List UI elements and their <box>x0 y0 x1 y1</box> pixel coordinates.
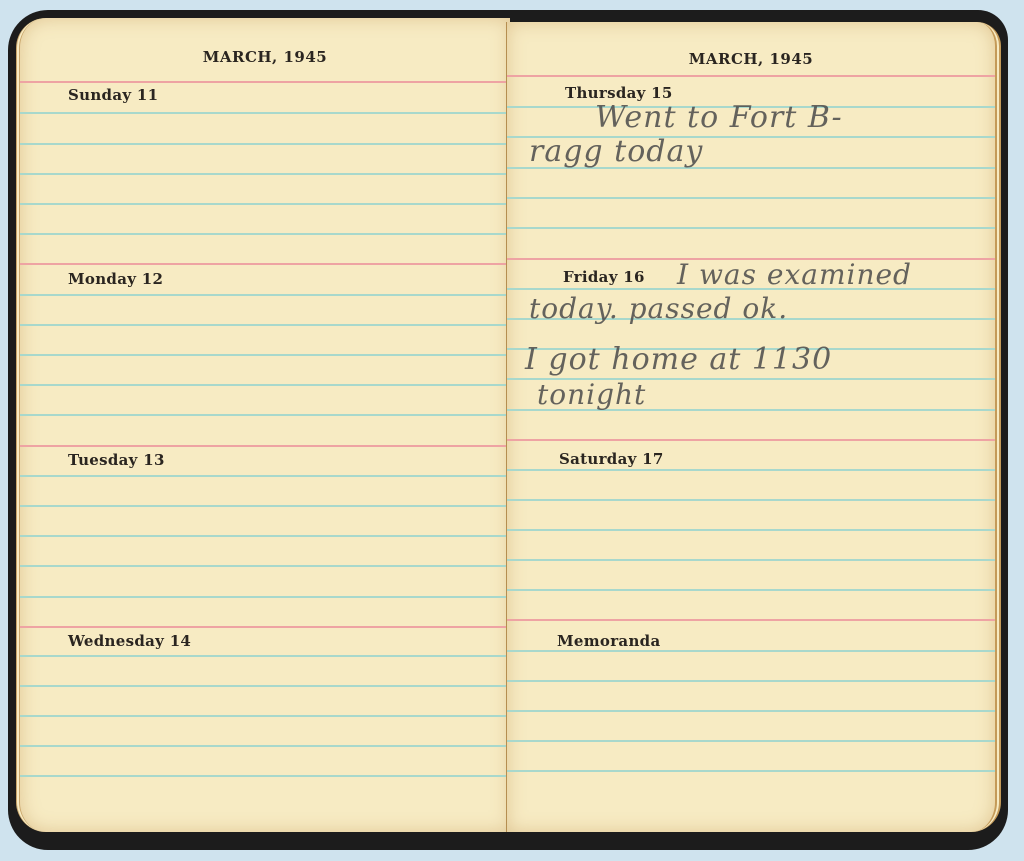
left-page: MARCH, 1945 Sunday 11 Monday 12 Tuesday … <box>16 18 510 832</box>
ruled-line <box>20 505 510 507</box>
ruled-line <box>20 203 510 205</box>
ruled-line <box>20 112 510 114</box>
handwritten-entry-line: tonight <box>537 378 646 411</box>
handwritten-entry-line: Went to Fort B- <box>595 100 843 135</box>
ruled-line <box>20 745 510 747</box>
ruled-line <box>20 535 510 537</box>
ruled-line <box>507 529 995 531</box>
month-header: MARCH, 1945 <box>507 50 995 68</box>
memoranda-label: Memoranda <box>557 632 660 650</box>
ruled-line <box>507 559 995 561</box>
ruled-line <box>20 685 510 687</box>
ruled-line <box>507 469 995 471</box>
day-label-tuesday: Tuesday 13 <box>68 451 165 469</box>
day-label-friday: Friday 16 <box>563 268 645 286</box>
ruled-line <box>507 589 995 591</box>
ruled-line <box>507 197 995 199</box>
ruled-line <box>20 173 510 175</box>
ruled-line <box>20 294 510 296</box>
ruled-line <box>20 354 510 356</box>
section-divider <box>20 263 510 265</box>
day-label-monday: Monday 12 <box>68 270 163 288</box>
ruled-line <box>507 499 995 501</box>
ruled-line <box>507 770 995 772</box>
handwritten-entry-line: I was examined <box>677 258 912 291</box>
ruled-line <box>507 680 995 682</box>
ruled-line <box>507 740 995 742</box>
ruled-line <box>507 710 995 712</box>
section-divider <box>20 81 510 83</box>
ruled-line <box>20 475 510 477</box>
ruled-line <box>20 414 510 416</box>
section-divider <box>507 439 995 441</box>
day-label-wednesday: Wednesday 14 <box>68 632 191 650</box>
ruled-line <box>20 655 510 657</box>
section-divider <box>20 626 510 628</box>
section-divider <box>507 75 995 77</box>
ruled-line <box>20 233 510 235</box>
ruled-line <box>20 143 510 145</box>
ruled-line <box>20 384 510 386</box>
handwritten-entry-line: ragg today <box>529 134 703 169</box>
ruled-line <box>507 650 995 652</box>
handwritten-entry-line: I got home at 1130 <box>525 342 832 377</box>
ruled-line <box>20 715 510 717</box>
section-divider <box>507 619 995 621</box>
ruled-line <box>20 565 510 567</box>
day-label-saturday: Saturday 17 <box>559 450 664 468</box>
ruled-line <box>507 227 995 229</box>
handwritten-entry-line: today. passed ok. <box>529 292 788 325</box>
day-label-sunday: Sunday 11 <box>68 86 158 104</box>
right-page: MARCH, 1945 Thursday 15 Went to Fort B- … <box>506 22 1001 832</box>
ruled-line <box>20 596 510 598</box>
ruled-line <box>20 324 510 326</box>
ruled-line <box>20 775 510 777</box>
section-divider <box>20 445 510 447</box>
month-header: MARCH, 1945 <box>20 48 510 66</box>
